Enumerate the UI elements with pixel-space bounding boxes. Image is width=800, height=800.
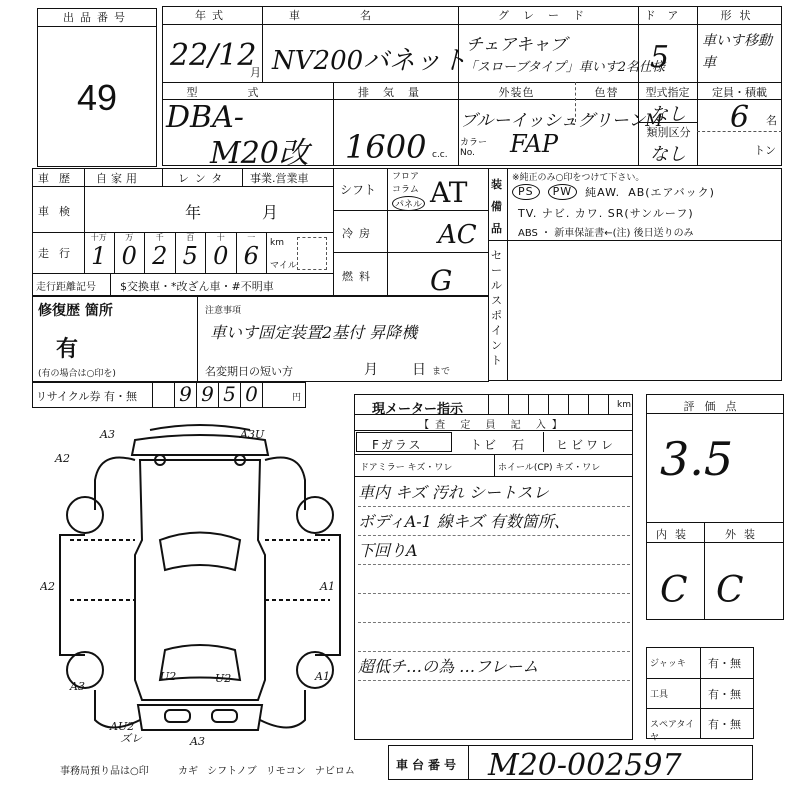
accessory-label: スペアタイヤ [650, 717, 700, 743]
class-category-label: 類別区分 [640, 124, 697, 140]
accessory-option[interactable]: 有・無 [708, 686, 741, 702]
shape-label: 形状 [697, 7, 782, 23]
mileage-label: 走行 [38, 245, 80, 261]
svg-text:A1: A1 [319, 580, 335, 593]
name-change-label: 名変期日の短い方 [205, 363, 293, 379]
fuel-label: 燃料 [342, 268, 376, 284]
caution-value: 車いす固定装置2基付 昇降機 [210, 320, 417, 343]
shift-option-column[interactable]: コラム [392, 182, 419, 195]
mileage-digit-cell: 十万1 [84, 232, 115, 273]
office-items-list: カギ シフトノブ リモコン ナビロム [178, 762, 355, 777]
equipment-note: ※純正のみ○印をつけて下さい。 [512, 170, 644, 183]
svg-text:U2: U2 [160, 670, 176, 683]
history-label: 車歴 [38, 170, 80, 186]
equipment-row2: TV. ナビ. カワ. SR(サンルーフ) [518, 205, 694, 221]
accessory-label: ジャッキ [650, 656, 700, 669]
svg-text:A3: A3 [189, 735, 205, 748]
recycle-digit-cell: 0 [240, 382, 262, 408]
mileage-digit-value: 2 [145, 243, 175, 269]
interior-label: 内装 [646, 526, 704, 542]
inspection-label: 車検 [38, 203, 80, 219]
inspector-header: 【査 定 員 記 入】 [354, 416, 633, 431]
capacity-persons: 6 [730, 100, 749, 135]
name-change-day: 日 [412, 359, 426, 379]
displacement-unit: c.c. [432, 150, 448, 160]
color-change-label: 色替 [575, 84, 638, 100]
mileage-digit-cell: 百5 [176, 232, 207, 273]
equipment-label: 装備品 [491, 174, 505, 240]
equipment-ps[interactable]: PS [512, 184, 540, 200]
year-label: 年式 [162, 7, 262, 23]
shift-label: シフト [340, 181, 376, 198]
year-month-suffix: 月 [250, 64, 261, 80]
interior-value: C [660, 570, 688, 611]
recycle-digit-value: 9 [175, 382, 196, 406]
equipment-row3: ABS ・ 新車保証書←(注) 後日送りのみ [518, 224, 694, 239]
exterior-label: 外装 [704, 526, 784, 542]
recycle-digit-cell [262, 382, 284, 408]
repair-value: 有 [56, 332, 78, 363]
svg-text:A2: A2 [54, 452, 70, 465]
mileage-symbol-legend: $交換車・*改ざん車・#不明車 [120, 278, 274, 294]
recycle-unit: 円 [292, 390, 301, 403]
svg-text:U2: U2 [215, 672, 231, 685]
accessory-option[interactable]: 有・無 [708, 716, 741, 732]
mileage-digit-value: 6 [237, 243, 267, 269]
car-name-label: 車名 [262, 7, 458, 23]
svg-text:A3U: A3U [239, 428, 265, 441]
shift-value: AT [430, 176, 467, 209]
capacity-label: 定員・積載 [697, 84, 782, 100]
recycle-label: リサイクル券 有・無 [36, 388, 137, 404]
grade-line1: チェアキャブ [466, 30, 567, 55]
inspection-year-unit: 年 [185, 200, 201, 223]
mileage-symbol-label: 走行距離記号 [36, 278, 96, 293]
color-no-label: カラーNo. [460, 138, 490, 158]
history-private[interactable]: 自家用 [96, 170, 141, 186]
meter-digit-cell [548, 394, 568, 414]
equipment-pw[interactable]: PW [548, 184, 578, 200]
shift-option-floor[interactable]: フロア [392, 169, 419, 182]
meter-digit-cell [568, 394, 588, 414]
name-change-month: 月 [364, 359, 378, 379]
inspection-month-unit: 月 [262, 200, 278, 223]
office-items-label: 事務局預り品は○印 [60, 762, 149, 777]
name-change-until: まで [432, 364, 450, 377]
svg-text:ズレ: ズレ [120, 732, 143, 745]
displacement-label: 排気量 [333, 84, 458, 100]
lot-label: 出品番号 [38, 9, 156, 27]
score-label: 評価点 [646, 398, 784, 414]
equipment-alloy-wheel[interactable]: 純AW. [585, 184, 620, 200]
inspector-note-line: 超低チ…の為 …フレーム [358, 652, 630, 681]
capacity-tons-unit: トン [754, 142, 776, 158]
grade-line2: 「スローブタイプ」車いす2名仕様 [464, 56, 665, 75]
mileage-digit-cell: 万0 [115, 232, 146, 273]
fuel-value: G [430, 264, 452, 297]
inspector-note-line: 車内 キズ 汚れ シートスレ [358, 478, 630, 507]
year-value: 22/12 [170, 38, 256, 73]
meter-unit: km [617, 400, 631, 410]
capacity-persons-unit: 名 [766, 112, 777, 128]
wheel-label: ホイール(CP) キズ・ワレ [498, 460, 600, 473]
exterior-color-value: ブルーイッシュグリーンM [460, 106, 663, 131]
recycle-digit-value: 0 [241, 382, 262, 406]
car-damage-diagram: A3 A3U A2 A2 A1 A1 A3 U2 U2 AU2 ズレ A3 [40, 420, 360, 750]
mileage-digit-value: 5 [176, 243, 206, 269]
recycle-digit-value: 9 [197, 382, 218, 406]
meter-digit-cell [528, 394, 548, 414]
history-rental[interactable]: レンタ [178, 170, 228, 186]
type-designation-value: なし [650, 100, 686, 126]
sales-point-label: セールスポイント [491, 248, 505, 368]
ac-label: 冷房 [342, 225, 376, 241]
windshield-chip[interactable]: トビ [470, 436, 498, 453]
meter-digit-cell [588, 394, 608, 414]
mileage-unit-km: km [270, 238, 284, 248]
mirror-label: ドアミラー キズ・ワレ [360, 460, 452, 473]
svg-text:A1: A1 [314, 670, 330, 683]
mileage-digit-value: 1 [84, 243, 114, 269]
grade-label: グレード [458, 7, 638, 23]
windshield-crack[interactable]: ヒビワレ [556, 436, 616, 453]
recycle-digit-cell: 9 [196, 382, 218, 408]
svg-text:A2: A2 [40, 580, 55, 593]
inspector-note-line: ボディA-1 線キズ 有数箇所、 [358, 507, 630, 536]
mileage-digit-value: 0 [115, 243, 145, 269]
repair-label: 修復歴 箇所 [38, 300, 113, 320]
shift-option-panel[interactable]: パネル [392, 196, 425, 211]
color-no-value: FAP [510, 130, 558, 158]
chassis-value: M20-002597 [488, 748, 682, 783]
lot-box: 出品番号 49 [37, 8, 157, 167]
equipment-airbag[interactable]: AB(エアバック) [628, 184, 715, 200]
model-line2: M20改 [210, 128, 309, 172]
inspector-note-line [358, 623, 630, 652]
model-label: 型式 [162, 84, 333, 100]
displacement-value: 1600 [345, 128, 426, 166]
windshield-stone[interactable]: 石 [512, 436, 524, 453]
recycle-digit-cell: 9 [174, 382, 196, 408]
exterior-color-label: 外装色 [458, 84, 575, 100]
caution-label: 注意事項 [205, 303, 241, 316]
type-designation-label: 型式指定 [638, 84, 697, 100]
lot-number: 49 [38, 77, 156, 119]
doors-label: ドア [638, 7, 697, 23]
inspector-note-line [358, 594, 630, 623]
mileage-unit-mile: マイル [270, 258, 297, 271]
repair-note: (有の場合は○印を) [38, 366, 116, 379]
shape-value: 車いす移動車 [702, 30, 777, 74]
svg-text:A3: A3 [69, 680, 85, 693]
mileage-digit-cell: 千2 [145, 232, 176, 273]
exterior-value: C [716, 570, 744, 611]
recycle-digit-cell: 5 [218, 382, 240, 408]
class-category-value: なし [650, 140, 686, 166]
recycle-digit-cell [152, 382, 174, 408]
mileage-digit-cell: 十0 [206, 232, 237, 273]
ac-value: AC [438, 220, 477, 250]
car-name-value: NV200バネット [272, 40, 467, 77]
chassis-label: 車台番号 [396, 756, 460, 773]
meter-digit-cell [508, 394, 528, 414]
svg-text:A3: A3 [99, 428, 115, 441]
accessory-option[interactable]: 有・無 [708, 655, 741, 671]
recycle-digit-value: 5 [219, 382, 240, 406]
inspector-note-line: 下回りA [358, 536, 630, 565]
mileage-digit-value: 0 [206, 243, 236, 269]
score-value: 3.5 [660, 432, 733, 486]
history-business[interactable]: 事業.営業車 [250, 170, 309, 186]
mileage-digit-cell: 一6 [237, 232, 268, 273]
accessory-label: 工具 [650, 687, 700, 700]
inspector-note-line [358, 565, 630, 594]
meter-digit-cell [488, 394, 508, 414]
windshield-label: Fガラス [372, 436, 423, 453]
doors-value: 5 [650, 40, 669, 75]
